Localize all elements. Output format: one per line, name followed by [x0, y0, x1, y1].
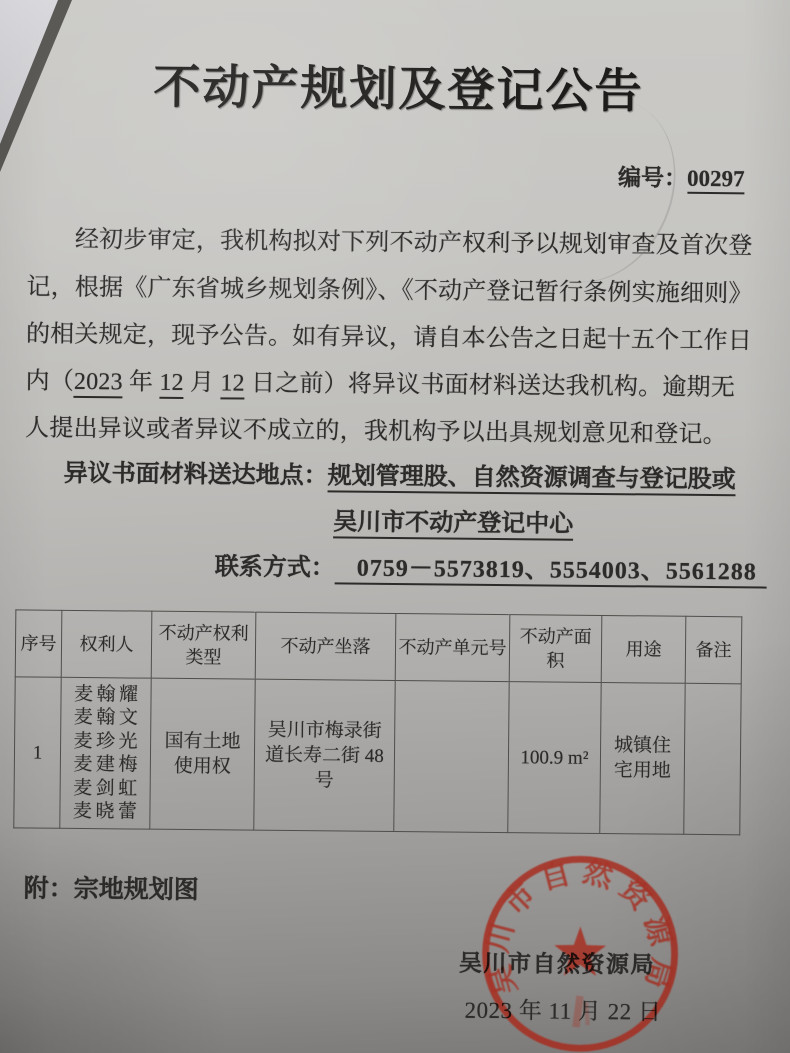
cell-unit-no — [394, 681, 509, 833]
deadline-day: 12 — [220, 370, 245, 399]
document-number-value: 00297 — [687, 166, 745, 195]
header-owner: 权利人 — [61, 610, 152, 678]
owner-name: 麦晓蕾 — [73, 800, 137, 824]
deadline-year: 2023 — [74, 369, 123, 398]
header-area: 不动产面积 — [509, 615, 602, 683]
seal-smudge — [572, 996, 583, 1028]
body-line-3: 的相关规定，现予公告。如有异议，请自本公告之日起十五个工作日 — [26, 313, 752, 355]
header-location: 不动产坐落 — [255, 612, 396, 680]
cell-usage: 城镇住宅用地 — [600, 682, 685, 834]
document-sheet: 不动产规划及登记公告 编号：00297 经初步审定，我机构拟对下列不动产权利予以… — [0, 0, 790, 1053]
page-title: 不动产规划及登记公告 — [3, 48, 790, 123]
table-row: 1 麦翰耀 麦翰文 麦珍光 麦建梅 麦剑虹 麦晓蕾 国有土地使用权 吴川市梅录街… — [14, 677, 741, 835]
delivery-place-2: 吴川市不动产登记中心 — [333, 509, 573, 540]
header-remark: 备注 — [685, 616, 742, 684]
document-photo: 不动产规划及登记公告 编号：00297 经初步审定，我机构拟对下列不动产权利予以… — [0, 0, 790, 1053]
contact-numbers: 0759－5573819、5554003、5561288 — [335, 555, 767, 588]
header-seq: 序号 — [15, 610, 62, 677]
registration-table: 序号 权利人 不动产权利类型 不动产坐落 不动产单元号 不动产面积 用途 备注 … — [13, 609, 742, 835]
table-header-row: 序号 权利人 不动产权利类型 不动产坐落 不动产单元号 不动产面积 用途 备注 — [15, 610, 742, 684]
delivery-place-1: 规划管理股、自然资源调查与登记股或 — [328, 463, 736, 496]
deadline-month: 12 — [159, 370, 184, 399]
delivery-label: 异议书面材料送达地点： — [64, 461, 328, 490]
seal-star-icon — [554, 926, 606, 976]
attachment-note: 附：宗地规划图 — [24, 868, 199, 906]
body-line-1: 经初步审定，我机构拟对下列不动产权利予以规划审查及首次登 — [75, 219, 753, 261]
contact-label: 联系方式： — [215, 554, 335, 581]
owner-name: 麦翰文 — [74, 706, 138, 730]
delivery-place-2-line: 吴川市不动产登记中心 — [333, 501, 573, 538]
official-seal: 吴川市自然资源局 — [474, 848, 686, 1053]
seal-smudge — [584, 1002, 590, 1025]
header-unit-no: 不动产单元号 — [395, 614, 510, 682]
cell-owners: 麦翰耀 麦翰文 麦珍光 麦建梅 麦剑虹 麦晓蕾 — [60, 677, 151, 829]
owner-name: 麦剑虹 — [73, 776, 137, 800]
document-number-label: 编号： — [618, 165, 687, 191]
owner-name: 麦建梅 — [73, 753, 137, 777]
cell-location: 吴川市梅录街道长寿二街 48 号 — [254, 679, 395, 831]
header-right-type: 不动产权利类型 — [151, 611, 256, 679]
body-line-4-text: 内（ — [25, 368, 74, 394]
body-line-5: 人提出异议或者异议不成立的，我机构予以出具规划意见和登记。 — [25, 407, 727, 449]
cell-right-type: 国有土地使用权 — [150, 678, 255, 830]
document-number-line: 编号：00297 — [618, 159, 745, 193]
owner-name: 麦翰耀 — [74, 682, 138, 706]
body-line-4-text: 月 — [184, 370, 221, 396]
body-line-4-text: 年 — [123, 369, 160, 395]
contact-line: 联系方式：0759－5573819、5554003、5561288 — [215, 546, 767, 586]
delivery-line: 异议书面材料送达地点：规划管理股、自然资源调查与登记股或 — [64, 453, 736, 494]
cell-seq: 1 — [14, 677, 61, 828]
owner-name: 麦珍光 — [74, 729, 138, 753]
header-usage: 用途 — [601, 615, 686, 683]
body-line-2: 记，根据《广东省城乡规划条例》、《不动产登记暂行条例实施细则》 — [26, 266, 753, 308]
body-line-4: 内（2023 年 12 月 12 日之前）将异议书面材料送达我机构。逾期无 — [25, 360, 735, 402]
cell-area: 100.9 m² — [508, 682, 601, 834]
body-line-4-text: 日之前）将异议书面材料送达我机构。逾期无 — [245, 371, 735, 402]
cell-remark — [684, 683, 741, 835]
